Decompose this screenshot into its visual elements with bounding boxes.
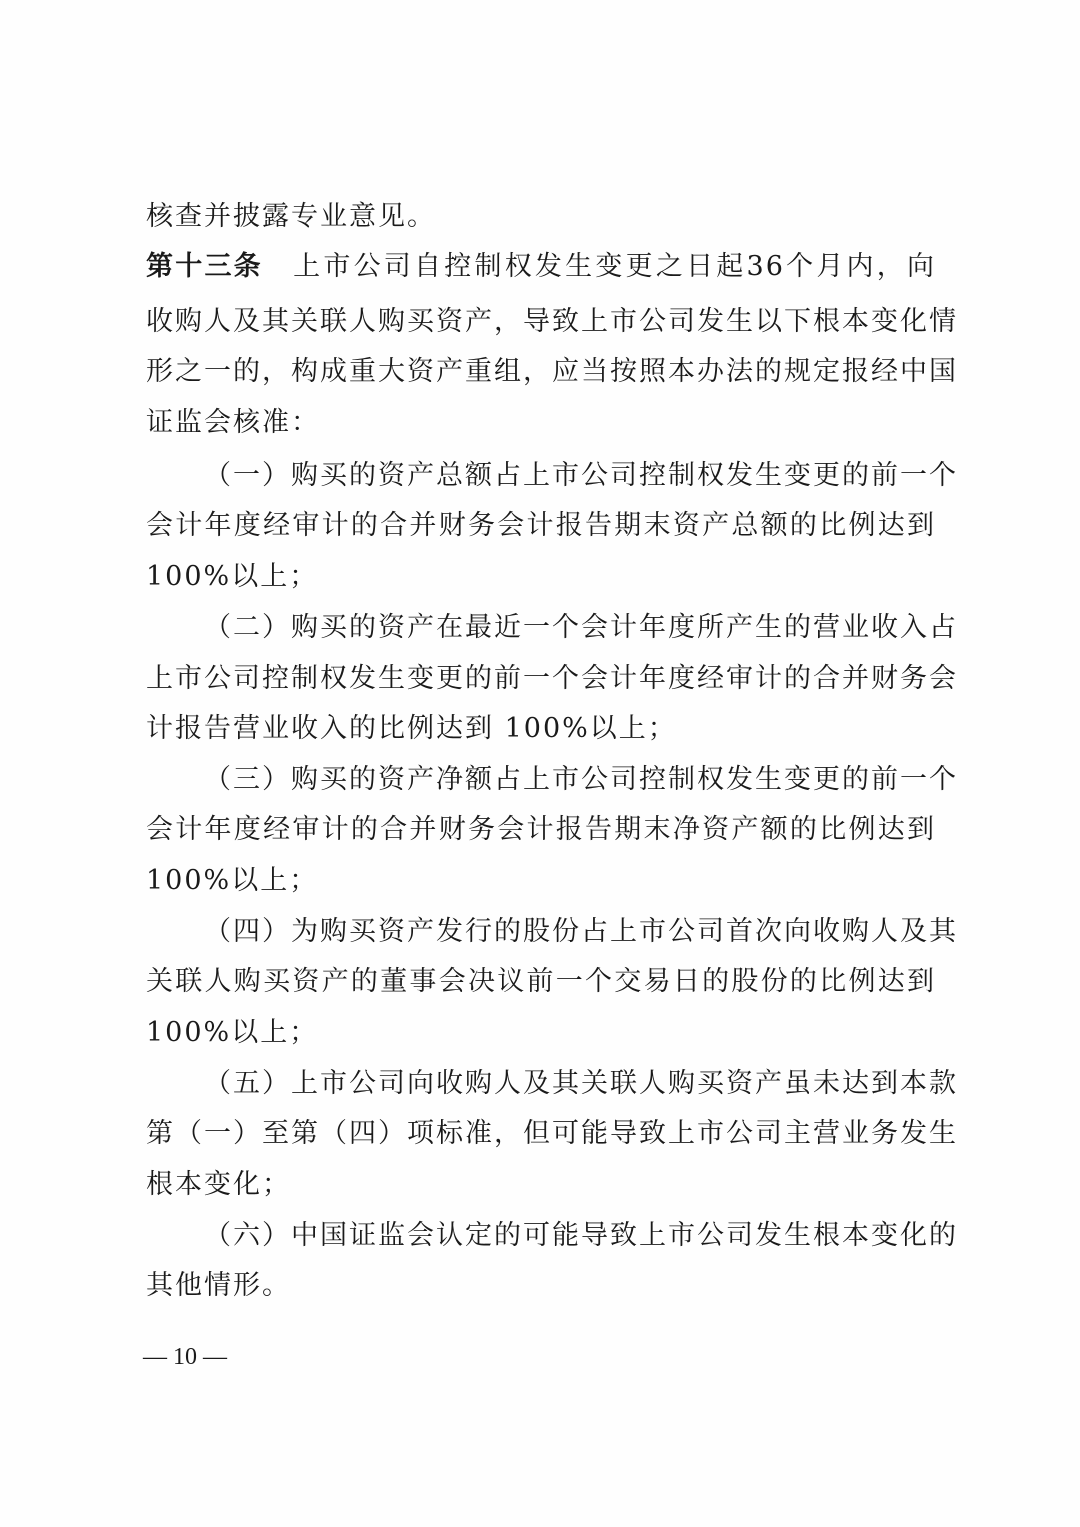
article-heading: 第十三条 <box>146 251 263 282</box>
item-3-line: （三）购买的资产净额占上市公司控制权发生变更的前一个 <box>204 760 936 800</box>
text-line: 会计年度经审计的合并财务会计报告期末净资产额的比例达到 <box>146 810 936 850</box>
article-text: 上市公司自控制权发生变更之日起36个月内，向 <box>263 251 936 282</box>
text-line: 证监会核准： <box>146 403 936 443</box>
item-2-line: （二）购买的资产在最近一个会计年度所产生的营业收入占 <box>204 608 936 648</box>
item-4-line: （四）为购买资产发行的股份占上市公司首次向收购人及其 <box>204 912 936 952</box>
text-line: 核查并披露专业意见。 <box>146 197 936 237</box>
text-line: 关联人购买资产的董事会决议前一个交易日的股份的比例达到 <box>146 962 936 1002</box>
text-line: 第（一）至第（四）项标准，但可能导致上市公司主营业务发生 <box>146 1114 936 1154</box>
article-13-line: 第十三条 上市公司自控制权发生变更之日起36个月内，向 <box>146 247 936 287</box>
text-line: 其他情形。 <box>146 1266 936 1306</box>
text-line: 100%以上； <box>146 1013 936 1053</box>
text-line: 收购人及其关联人购买资产，导致上市公司发生以下根本变化情 <box>146 302 936 342</box>
text-line: 100%以上； <box>146 557 936 597</box>
text-line: 形之一的，构成重大资产重组，应当按照本办法的规定报经中国 <box>146 352 936 392</box>
page-number: — 10 — <box>143 1342 227 1372</box>
item-5-line: （五）上市公司向收购人及其关联人购买资产虽未达到本款 <box>204 1064 936 1104</box>
item-1-line: （一）购买的资产总额占上市公司控制权发生变更的前一个 <box>204 456 936 496</box>
text-line: 上市公司控制权发生变更的前一个会计年度经审计的合并财务会 <box>146 659 936 699</box>
text-line: 100%以上； <box>146 861 936 901</box>
text-line: 计报告营业收入的比例达到 100%以上； <box>146 709 936 749</box>
item-6-line: （六）中国证监会认定的可能导致上市公司发生根本变化的 <box>204 1216 936 1256</box>
text-line: 根本变化； <box>146 1165 936 1205</box>
text-line: 会计年度经审计的合并财务会计报告期末资产总额的比例达到 <box>146 506 936 546</box>
document-page: 核查并披露专业意见。 第十三条 上市公司自控制权发生变更之日起36个月内，向 收… <box>0 0 1080 1527</box>
